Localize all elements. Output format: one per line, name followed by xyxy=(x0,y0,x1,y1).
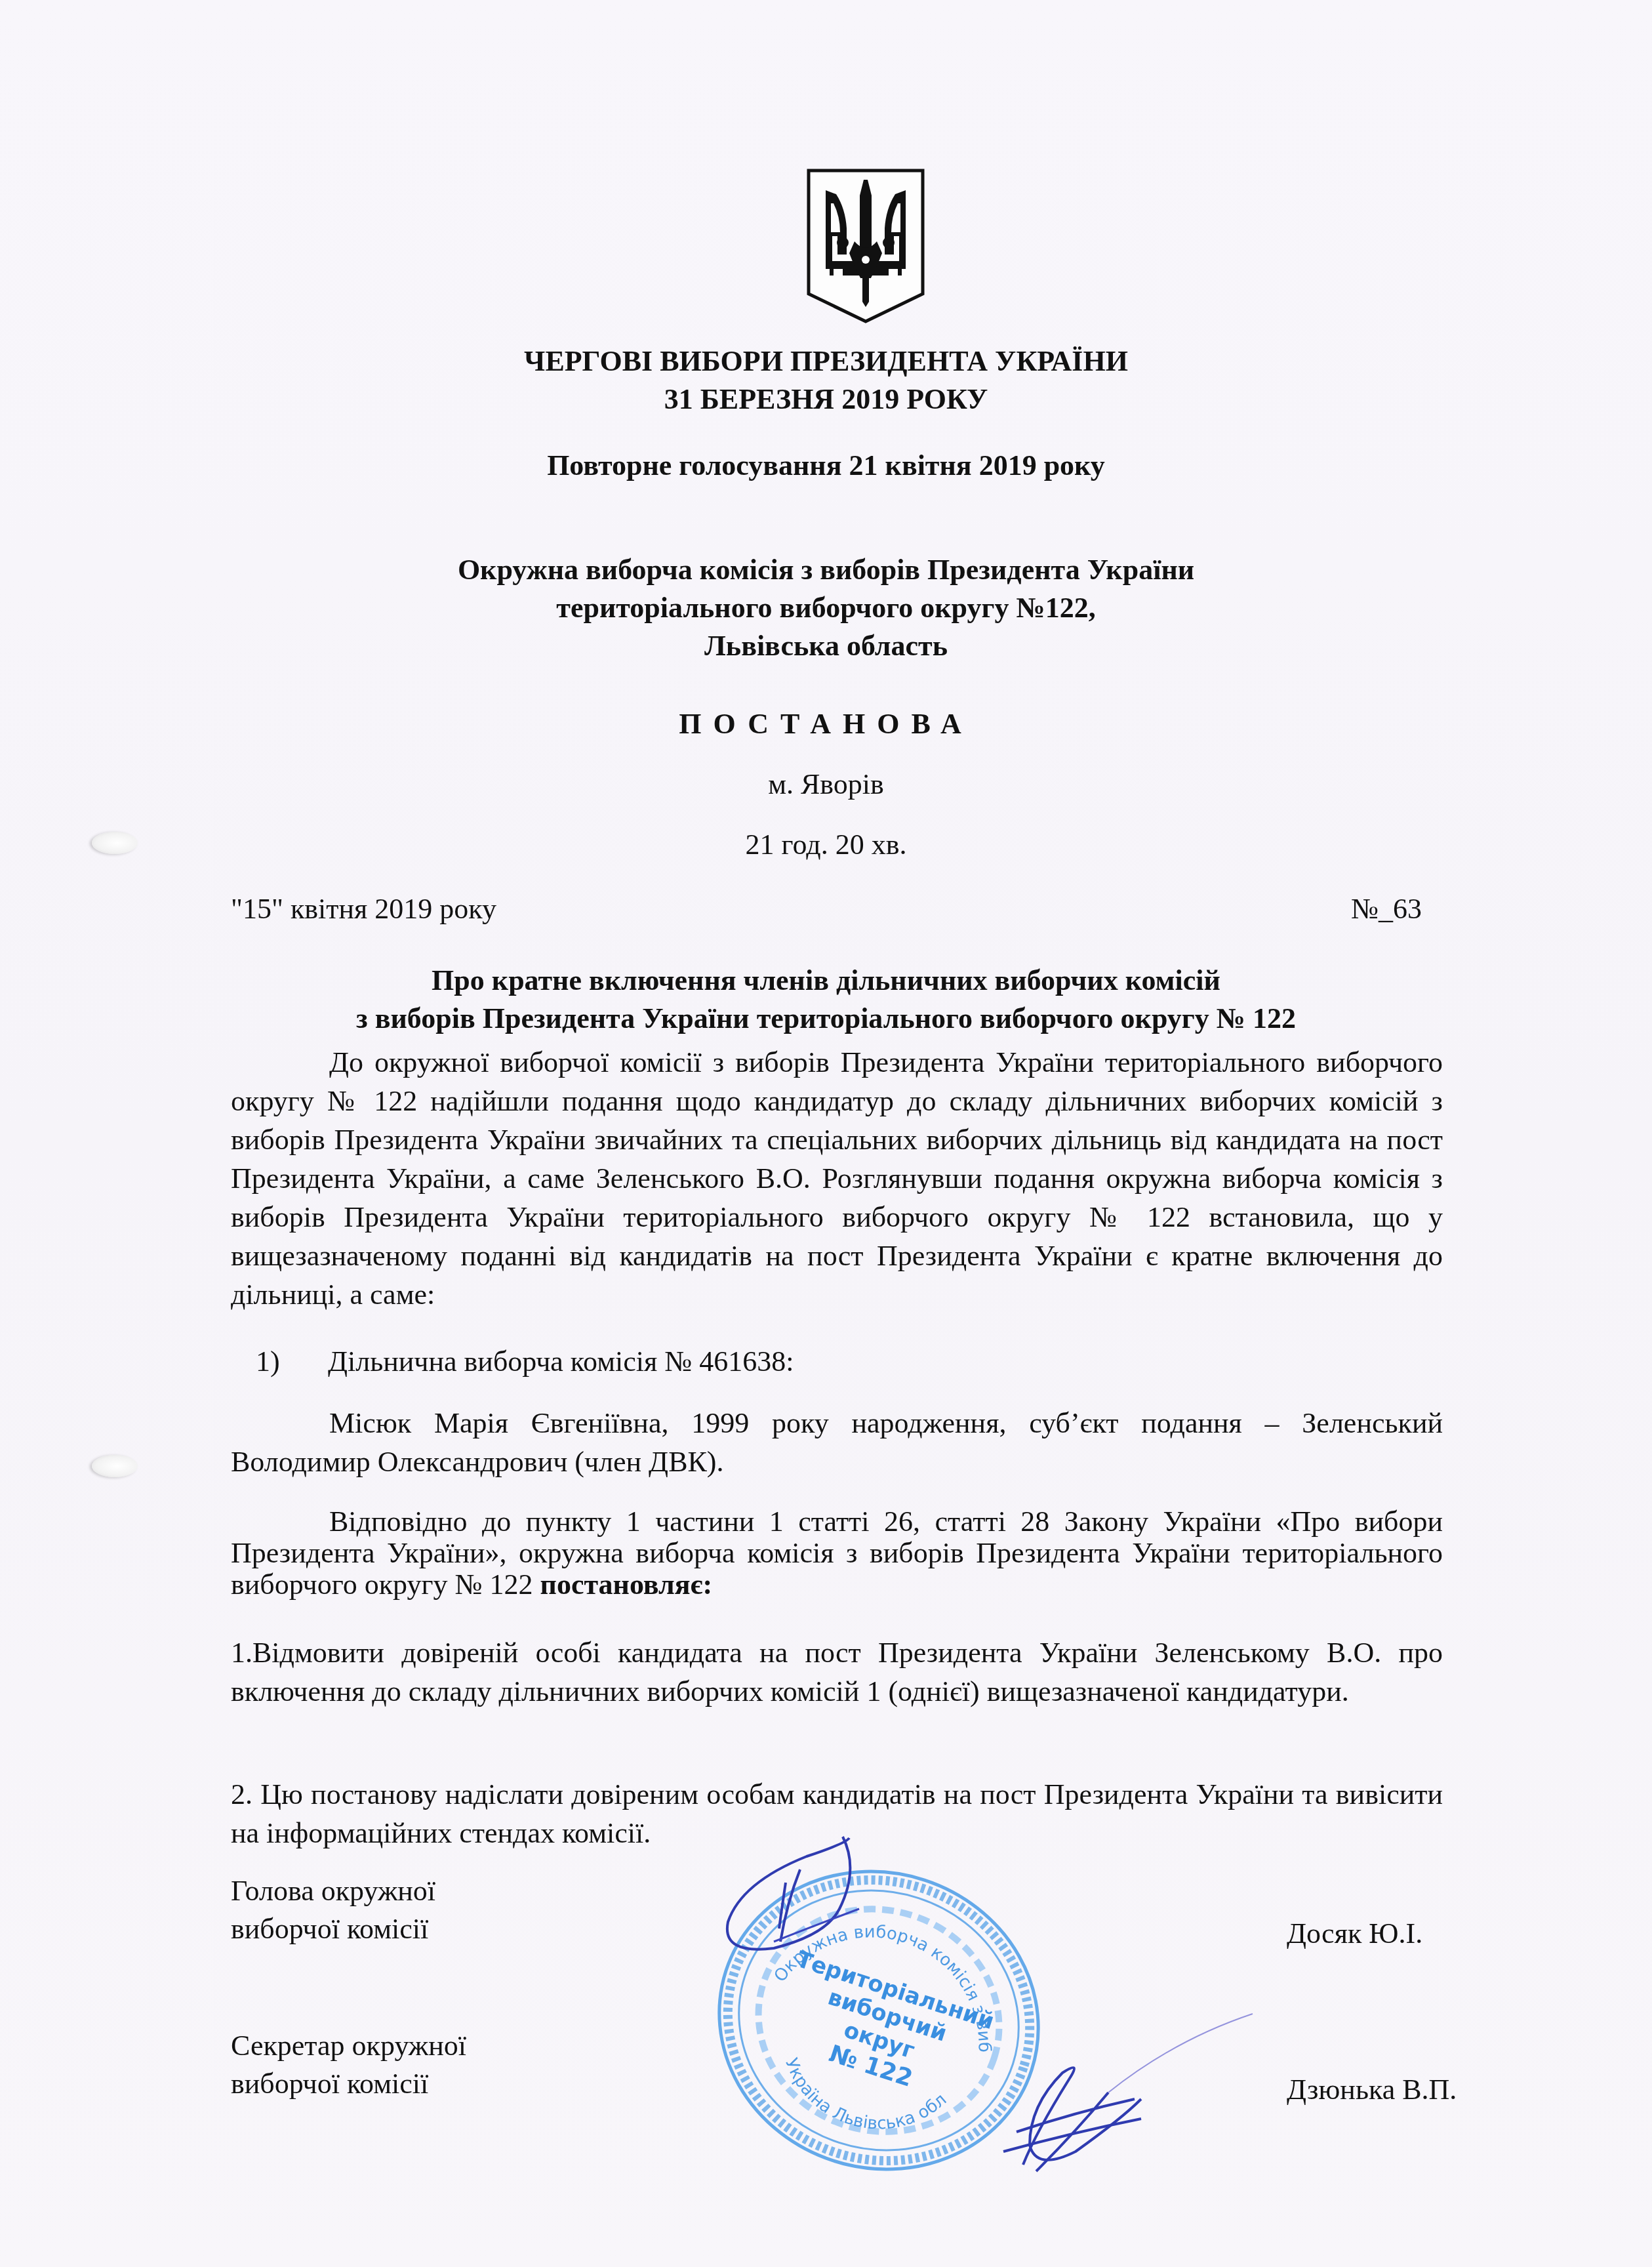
basis-block: Відповідно до пункту 1 частини 1 статті … xyxy=(231,1506,1443,1601)
election-title-line2: 31 БЕРЕЗНЯ 2019 РОКУ xyxy=(0,380,1652,419)
document-number: №_63 xyxy=(1351,892,1422,926)
election-title: ЧЕРГОВІ ВИБОРИ ПРЕЗИДЕНТА УКРАЇНИ 31 БЕР… xyxy=(0,342,1652,419)
secretary-label-line1: Секретар окружної xyxy=(231,2027,466,2065)
chair-label-line1: Голова окружної xyxy=(231,1872,435,1910)
resolution-1: 1.Відмовити довіреній особі кандидата на… xyxy=(231,1633,1443,1711)
chair-label: Голова окружної виборчої комісії xyxy=(231,1872,435,1948)
intro-paragraph: До окружної виборчої комісії з виборів П… xyxy=(231,1043,1443,1314)
secretary-label: Секретар окружної виборчої комісії xyxy=(231,2027,466,2103)
resolves-word: постановляє: xyxy=(540,1568,713,1601)
list-item-marker: 1) xyxy=(256,1345,280,1378)
secretary-label-line2: виборчої комісії xyxy=(231,2065,466,2103)
document-type: ПОСТАНОВА xyxy=(0,707,1652,741)
document-title: Про кратне включення членів дільничних в… xyxy=(0,962,1652,1038)
intro-paragraph-block: До окружної виборчої комісії з виборів П… xyxy=(231,1043,1443,1314)
coat-of-arms-icon xyxy=(803,156,928,327)
commission-line1: Окружна виборча комісія з виборів Презид… xyxy=(0,551,1652,589)
commission-line2: територіального виборчого округу №122, xyxy=(0,589,1652,627)
hole-punch-bottom xyxy=(92,1455,138,1477)
time: 21 год. 20 хв. xyxy=(0,828,1652,861)
document-page: ЧЕРГОВІ ВИБОРИ ПРЕЗИДЕНТА УКРАЇНИ 31 БЕР… xyxy=(0,0,1652,2267)
city: м. Яворів xyxy=(0,767,1652,801)
resolution-1-block: 1.Відмовити довіреній особі кандидата на… xyxy=(231,1633,1443,1711)
chair-name: Досяк Ю.І. xyxy=(1287,1917,1422,1950)
basis-paragraph: Відповідно до пункту 1 частини 1 статті … xyxy=(231,1506,1443,1601)
title-line2: з виборів Президента України територіаль… xyxy=(0,1000,1652,1038)
list-item-label: Дільнична виборча комісія № 461638: xyxy=(328,1345,794,1378)
basis-text: Відповідно до пункту 1 частини 1 статті … xyxy=(231,1505,1443,1601)
document-date: "15" квітня 2019 року xyxy=(231,892,496,926)
official-stamp-icon: Окружна виборча комісія з виборів Презид… xyxy=(695,1856,1062,2184)
person-block: Місюк Марія Євгеніївна, 1999 року народж… xyxy=(231,1404,1443,1481)
resolution-2-block: 2. Цю постанову надіслати довіреним особ… xyxy=(231,1775,1443,1852)
person-entry: Місюк Марія Євгеніївна, 1999 року народж… xyxy=(231,1404,1443,1481)
title-line1: Про кратне включення членів дільничних в… xyxy=(0,962,1652,1000)
resolution-2: 2. Цю постанову надіслати довіреним особ… xyxy=(231,1775,1443,1852)
commission-heading: Окружна виборча комісія з виборів Презид… xyxy=(0,551,1652,665)
election-title-line1: ЧЕРГОВІ ВИБОРИ ПРЕЗИДЕНТА УКРАЇНИ xyxy=(0,342,1652,380)
commission-line3: Львівська область xyxy=(0,627,1652,665)
repeat-vote-heading: Повторне голосування 21 квітня 2019 року xyxy=(0,449,1652,482)
chair-label-line2: виборчої комісії xyxy=(231,1910,435,1948)
secretary-name: Дзюнька В.П. xyxy=(1287,2073,1457,2106)
